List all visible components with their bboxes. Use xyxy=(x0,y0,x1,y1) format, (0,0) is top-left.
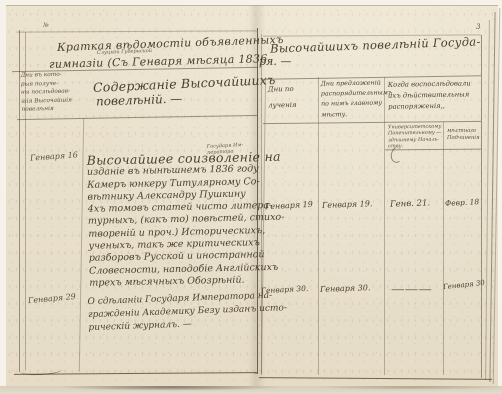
row2-proposed-date: Генваря 30. xyxy=(320,283,371,294)
document-scan: № Краткая вѣдомостіи объявленныхъ Слуцко… xyxy=(0,0,502,394)
left-content-column-header-line2: повелѣній. — xyxy=(96,91,183,108)
bottom-table-strip xyxy=(0,386,502,394)
rule-right-col3-sub-divider xyxy=(443,122,444,375)
title-right-line2: ря. — xyxy=(259,55,291,68)
right-col3b-subheader: мѣстнагоПодчиненія xyxy=(447,128,481,142)
text-line: лученія xyxy=(268,97,316,114)
rule-right-col3-left xyxy=(384,77,385,375)
text-line: мѣсту. xyxy=(321,109,383,120)
row2-executed-university-dash: ——— xyxy=(391,285,415,294)
left-date-column-header: Дни въ кото-рыя получе-ны послѣдовав-шія… xyxy=(20,70,81,115)
folio-mark-left: № xyxy=(43,22,49,29)
rule-right-col2-left xyxy=(318,77,319,375)
text-line: ихъ дѣйствительныя xyxy=(388,89,481,102)
row1-executed-other-date: Февр. 18 xyxy=(445,197,480,208)
right-col3-header: Когда воспослѣдовалиихъ дѣйствительныяра… xyxy=(388,78,482,113)
text-line: Подчиненія xyxy=(447,135,481,142)
rule-right-border xyxy=(481,35,482,378)
em-dash-mark: ——— xyxy=(391,285,432,294)
text-line: по нимъ главному xyxy=(321,99,383,110)
folio-number-right: 3 xyxy=(476,23,480,31)
text-line: здѣшнему Началь- xyxy=(388,136,442,143)
right-col1-header: Дни полученія xyxy=(268,81,317,114)
entry-2-text: О сдѣланіи Государя Императора на-гражде… xyxy=(87,290,266,335)
text-line: распоряженія,, xyxy=(388,100,481,113)
right-col2-header: Дни предложенійраспорядительнымъпо нимъ … xyxy=(321,78,384,120)
text-line: мѣстнаго xyxy=(447,128,481,135)
text-line: повелѣнія xyxy=(21,105,81,115)
row1-proposed-date: Генваря 19. xyxy=(322,199,373,210)
entry-1-text: Высочайшее соизволеніе наизданіе въ нынѣ… xyxy=(87,151,262,290)
row1-executed-university-date: Генв. 21. xyxy=(390,198,430,209)
text-line: Дни по xyxy=(268,81,316,98)
